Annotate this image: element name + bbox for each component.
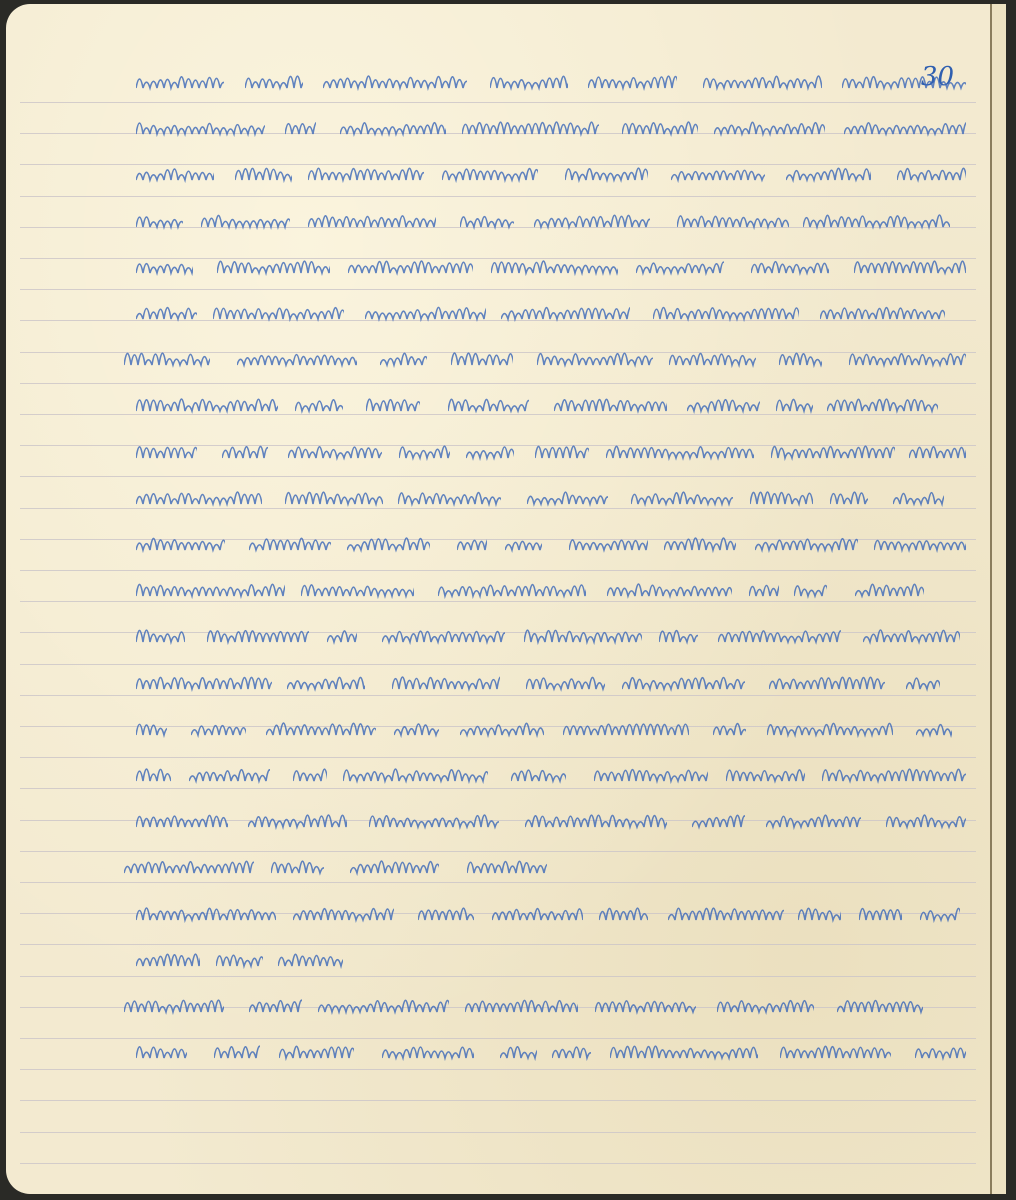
handwritten-word xyxy=(534,205,650,239)
handwritten-word xyxy=(726,759,805,793)
adjacent-page-edge xyxy=(992,4,1006,1194)
handwritten-word xyxy=(766,805,861,839)
handwritten-word xyxy=(369,805,499,839)
handwritten-word xyxy=(501,297,630,331)
handwritten-word xyxy=(249,528,331,562)
handwritten-word xyxy=(692,805,745,839)
handwritten-word xyxy=(136,620,185,654)
handwritten-word xyxy=(293,898,394,932)
handwritten-word xyxy=(677,205,789,239)
handwritten-word xyxy=(595,990,696,1024)
handwritten-word xyxy=(136,713,167,747)
handwritten-word xyxy=(136,944,200,978)
handwritten-word xyxy=(588,66,677,100)
handwritten-word xyxy=(245,66,303,100)
handwritten-word xyxy=(136,759,171,793)
handwritten-word xyxy=(755,528,858,562)
handwritten-word xyxy=(467,851,547,885)
handwritten-word xyxy=(136,112,265,146)
handwritten-word xyxy=(687,389,760,423)
handwritten-word xyxy=(136,205,183,239)
handwritten-word xyxy=(327,620,357,654)
handwritten-word xyxy=(803,205,950,239)
handwritten-word xyxy=(418,898,474,932)
handwritten-word xyxy=(465,990,578,1024)
handwritten-word xyxy=(703,66,822,100)
handwritten-word xyxy=(527,482,608,516)
handwritten-word xyxy=(653,297,799,331)
handwritten-word xyxy=(565,158,648,192)
handwritten-word xyxy=(222,436,268,470)
handwritten-word xyxy=(751,251,829,285)
handwritten-word xyxy=(189,759,270,793)
handwritten-word xyxy=(136,805,228,839)
handwritten-word xyxy=(492,898,583,932)
handwritten-word xyxy=(285,482,383,516)
handwritten-word xyxy=(348,251,473,285)
handwritten-word xyxy=(295,389,343,423)
handwritten-word xyxy=(671,158,765,192)
handwritten-word xyxy=(554,389,667,423)
handwritten-word xyxy=(631,482,733,516)
handwritten-word xyxy=(136,66,224,100)
handwritten-word xyxy=(278,944,343,978)
handwritten-word xyxy=(916,713,952,747)
ruled-line xyxy=(20,1132,976,1133)
handwritten-word xyxy=(664,528,736,562)
handwritten-word xyxy=(897,158,966,192)
handwritten-word xyxy=(136,1036,187,1070)
handwritten-word xyxy=(235,158,292,192)
handwritten-word xyxy=(854,251,966,285)
handwritten-word xyxy=(366,389,420,423)
handwritten-word xyxy=(136,528,225,562)
handwritten-word xyxy=(525,805,667,839)
handwritten-word xyxy=(505,528,542,562)
handwritten-word xyxy=(136,482,262,516)
handwritten-word xyxy=(323,66,467,100)
handwritten-word xyxy=(136,436,197,470)
handwritten-word xyxy=(285,112,316,146)
handwritten-word xyxy=(500,1036,537,1070)
handwritten-word xyxy=(552,1036,591,1070)
handwritten-word xyxy=(842,66,966,100)
handwritten-word xyxy=(920,898,960,932)
handwritten-word xyxy=(569,528,648,562)
handwritten-word xyxy=(398,482,501,516)
handwritten-word xyxy=(714,112,825,146)
handwritten-word xyxy=(248,805,347,839)
handwritten-word xyxy=(365,297,486,331)
handwritten-word xyxy=(380,343,427,377)
handwritten-word xyxy=(201,205,290,239)
handwritten-word xyxy=(636,251,724,285)
handwritten-word xyxy=(668,898,784,932)
handwritten-word xyxy=(874,528,966,562)
handwritten-word xyxy=(855,574,924,608)
handwritten-word xyxy=(216,944,263,978)
handwritten-word xyxy=(490,66,568,100)
ruled-line xyxy=(20,664,976,665)
handwritten-word xyxy=(301,574,414,608)
handwritten-word xyxy=(438,574,586,608)
handwritten-word xyxy=(798,898,841,932)
handwritten-word xyxy=(237,343,357,377)
handwritten-word xyxy=(293,759,327,793)
handwritten-word xyxy=(524,620,642,654)
handwritten-word xyxy=(606,436,754,470)
handwritten-word xyxy=(893,482,944,516)
handwritten-word xyxy=(771,436,895,470)
handwritten-word xyxy=(217,251,330,285)
handwritten-word xyxy=(136,574,285,608)
handwritten-word xyxy=(136,158,214,192)
handwritten-word xyxy=(442,158,538,192)
handwritten-word xyxy=(136,251,193,285)
handwritten-word xyxy=(780,1036,891,1070)
handwritten-word xyxy=(394,713,439,747)
handwritten-word xyxy=(350,851,439,885)
ruled-line xyxy=(20,102,976,103)
handwritten-word xyxy=(382,1036,474,1070)
handwritten-word xyxy=(909,436,966,470)
handwritten-word xyxy=(830,482,868,516)
handwritten-word xyxy=(343,759,488,793)
handwritten-word xyxy=(511,759,566,793)
ruled-line xyxy=(20,383,976,384)
handwritten-word xyxy=(392,667,500,701)
handwritten-word xyxy=(308,158,424,192)
ruled-line xyxy=(20,476,976,477)
handwritten-word xyxy=(249,990,302,1024)
handwritten-word xyxy=(915,1036,966,1070)
handwritten-word xyxy=(607,574,732,608)
handwritten-word xyxy=(859,898,902,932)
handwritten-word xyxy=(594,759,708,793)
handwritten-word xyxy=(886,805,966,839)
handwritten-word xyxy=(491,251,618,285)
handwritten-word xyxy=(767,713,893,747)
handwritten-word xyxy=(136,297,197,331)
handwritten-word xyxy=(136,667,272,701)
handwritten-word xyxy=(563,713,689,747)
handwritten-word xyxy=(820,297,945,331)
handwritten-word xyxy=(906,667,940,701)
handwritten-word xyxy=(669,343,756,377)
handwritten-word xyxy=(822,759,966,793)
handwritten-word xyxy=(460,713,544,747)
notebook-page: 30 xyxy=(6,4,1006,1194)
handwritten-word xyxy=(279,1036,354,1070)
handwritten-word xyxy=(124,343,210,377)
handwritten-word xyxy=(271,851,324,885)
handwritten-word xyxy=(460,205,514,239)
handwritten-word xyxy=(213,297,344,331)
handwritten-word xyxy=(786,158,871,192)
handwritten-word xyxy=(466,436,514,470)
handwritten-word xyxy=(136,389,278,423)
handwritten-word xyxy=(451,343,513,377)
handwritten-word xyxy=(776,389,813,423)
handwritten-word xyxy=(849,343,966,377)
handwritten-word xyxy=(837,990,923,1024)
handwritten-word xyxy=(382,620,505,654)
handwritten-word xyxy=(750,482,813,516)
ruled-line xyxy=(20,1100,976,1101)
handwritten-word xyxy=(769,667,885,701)
handwritten-word xyxy=(266,713,376,747)
handwritten-word xyxy=(749,574,779,608)
handwritten-word xyxy=(718,620,841,654)
handwritten-word xyxy=(308,205,436,239)
handwritten-word xyxy=(526,667,605,701)
handwritten-word xyxy=(535,436,589,470)
ruled-line xyxy=(20,1163,976,1164)
handwritten-word xyxy=(610,1036,758,1070)
handwritten-word xyxy=(827,389,938,423)
handwritten-word xyxy=(462,112,599,146)
handwritten-word xyxy=(844,112,966,146)
handwritten-word xyxy=(599,898,648,932)
ruled-line xyxy=(20,570,976,571)
ruled-line xyxy=(20,289,976,290)
handwritten-word xyxy=(124,990,224,1024)
handwritten-word xyxy=(207,620,309,654)
handwritten-word xyxy=(347,528,430,562)
handwritten-word xyxy=(537,343,653,377)
handwritten-word xyxy=(124,851,254,885)
handwritten-word xyxy=(318,990,449,1024)
handwritten-word xyxy=(288,436,382,470)
handwritten-word xyxy=(779,343,822,377)
ruled-line xyxy=(20,196,976,197)
handwritten-word xyxy=(717,990,814,1024)
handwritten-word xyxy=(659,620,698,654)
handwritten-word xyxy=(340,112,446,146)
handwritten-word xyxy=(457,528,487,562)
handwritten-word xyxy=(191,713,246,747)
handwritten-word xyxy=(448,389,529,423)
handwritten-word xyxy=(136,898,276,932)
handwritten-word xyxy=(863,620,960,654)
handwritten-word xyxy=(794,574,827,608)
handwritten-word xyxy=(622,667,745,701)
handwritten-word xyxy=(622,112,698,146)
handwritten-word xyxy=(214,1036,260,1070)
handwritten-word xyxy=(399,436,450,470)
handwritten-word xyxy=(713,713,746,747)
handwritten-word xyxy=(287,667,365,701)
